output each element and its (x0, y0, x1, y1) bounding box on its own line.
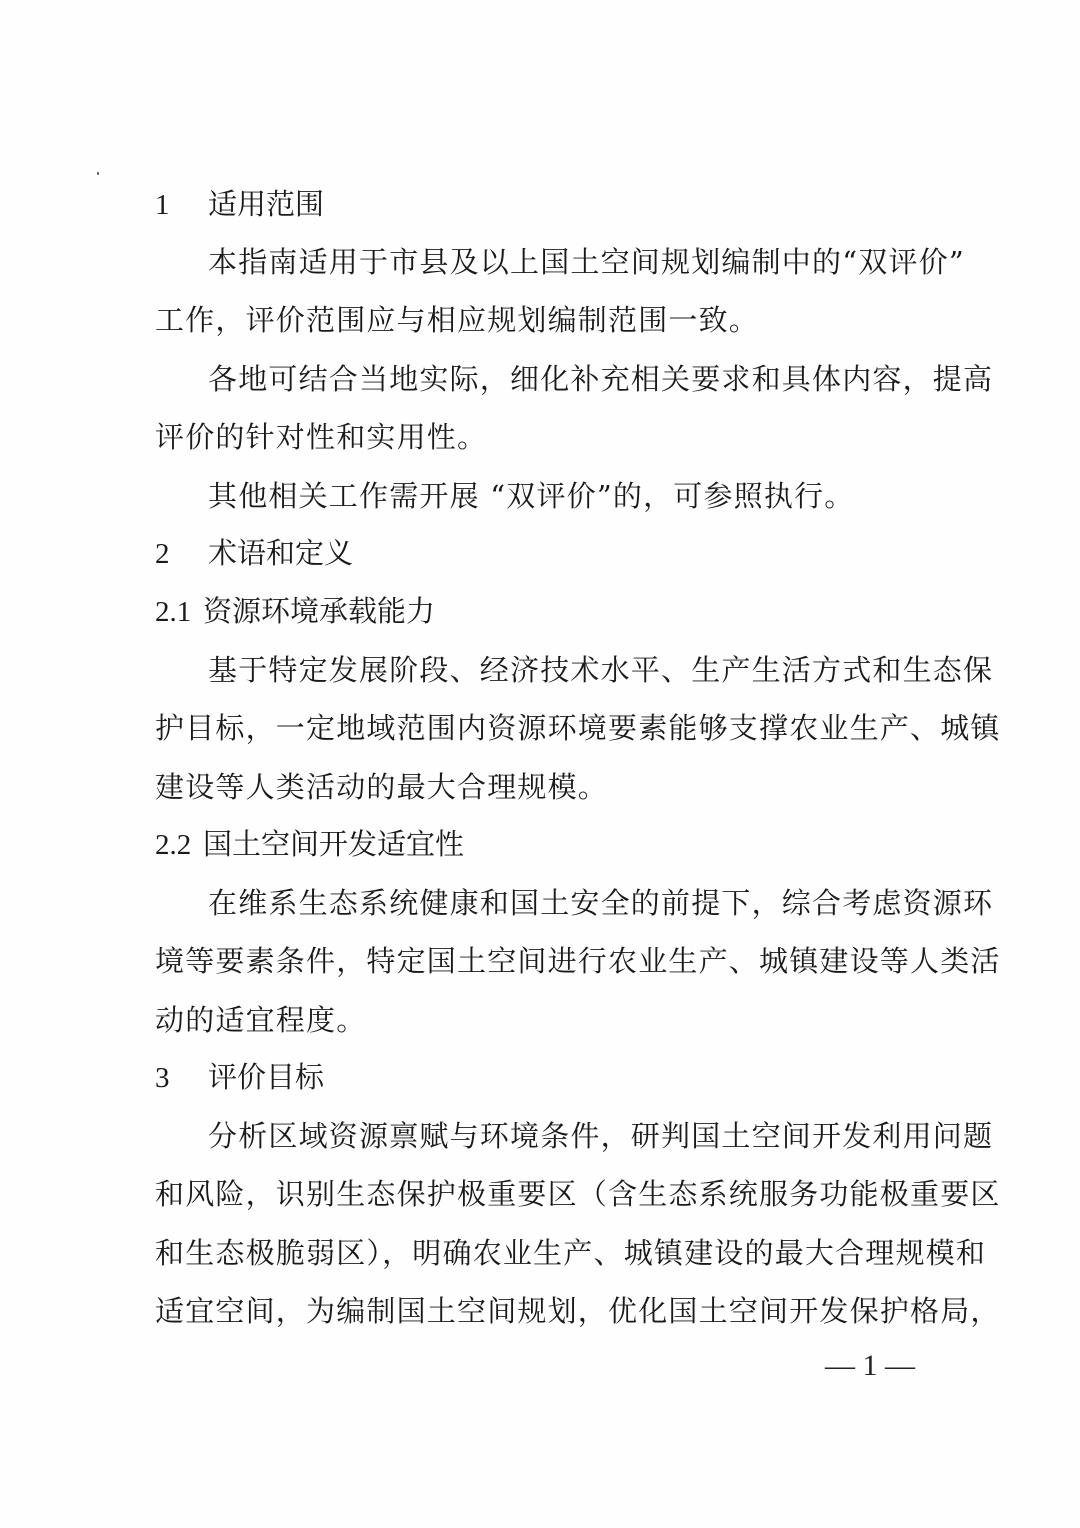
paragraph-line: 本指南适用于市县及以上国土空间规划编制中的“双评价” (208, 242, 913, 282)
paragraph-line: 和生态极脆弱区），明确农业生产、城镇建设的最大合理规模和 (155, 1233, 915, 1273)
paragraph-line: 在维系生态系统健康和国土安全的前提下，综合考虑资源环 (208, 883, 913, 923)
paragraph-line: 动的适宜程度。 (155, 1000, 915, 1040)
section-title: 国土空间开发适宜性 (203, 827, 464, 861)
section-number: 3 (155, 1058, 208, 1098)
section-heading-3: 3评价目标 (155, 1057, 915, 1097)
paragraph-line: 分析区域资源禀赋与环境条件，研判国土空间开发利用问题 (208, 1116, 913, 1156)
document-page: 1适用范围 本指南适用于市县及以上国土空间规划编制中的“双评价” 工作，评价范围… (0, 0, 1080, 1528)
section-title: 适用范围 (208, 187, 324, 221)
paragraph-line: 各地可结合当地实际，细化补充相关要求和具体内容，提高 (208, 359, 913, 399)
section-heading-2: 2术语和定义 (155, 533, 915, 573)
section-heading-2-2: 2.2国土空间开发适宜性 (155, 824, 915, 864)
section-number: 1 (155, 185, 208, 225)
paragraph-line: 评价的针对性和实用性。 (155, 417, 915, 457)
paragraph-line: 护目标，一定地域范围内资源环境要素能够支撑农业生产、城镇 (155, 708, 915, 748)
section-number: 2.1 (155, 592, 203, 632)
section-title: 评价目标 (208, 1060, 324, 1094)
paragraph-line: 其他相关工作需开展 “双评价”的，可参照执行。 (208, 476, 913, 516)
section-heading-1: 1适用范围 (155, 184, 915, 224)
section-title: 术语和定义 (208, 536, 353, 570)
section-number: 2 (155, 534, 208, 574)
page-number: — 1 — (825, 1346, 915, 1386)
paragraph-line: 和风险，识别生态保护极重要区（含生态系统服务功能极重要区 (155, 1174, 915, 1214)
paragraph-line: 境等要素条件，特定国土空间进行农业生产、城镇建设等人类活 (155, 941, 915, 981)
section-heading-2-1: 2.1资源环境承载能力 (155, 591, 915, 631)
paragraph-line: 基于特定发展阶段、经济技术水平、生产生活方式和生态保 (208, 650, 913, 690)
paragraph-line: 适宜空间，为编制国土空间规划，优化国土空间开发保护格局， (155, 1291, 915, 1331)
scan-speck (97, 172, 99, 175)
paragraph-line: 建设等人类活动的最大合理规模。 (155, 767, 915, 807)
section-title: 资源环境承载能力 (203, 594, 435, 628)
section-number: 2.2 (155, 825, 203, 865)
paragraph-line: 工作，评价范围应与相应规划编制范围一致。 (155, 300, 915, 340)
